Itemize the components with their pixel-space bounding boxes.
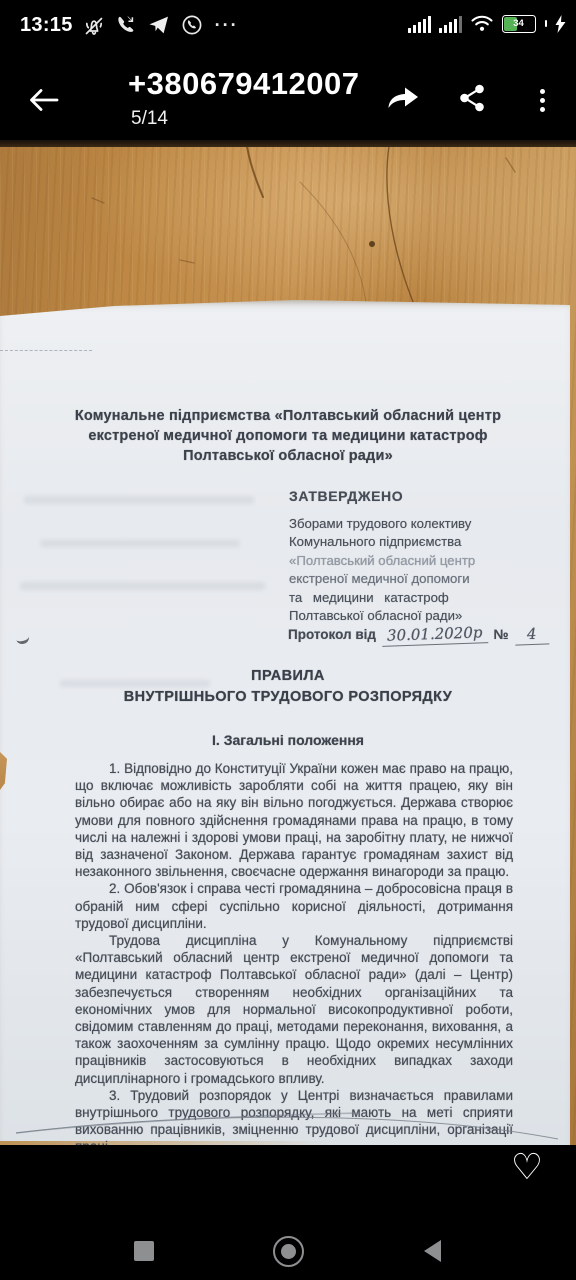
- document-body: 1. Відповідно до Конституції України кож…: [75, 760, 513, 1145]
- media-counter: 5/14: [131, 108, 168, 130]
- signal-sim2-icon: [439, 15, 462, 33]
- overflow-menu-button[interactable]: [522, 80, 562, 120]
- signal-sim1-icon: [408, 15, 431, 33]
- document-title-line: ВНУТРІШНЬОГО ТРУДОВОГО РОЗПОРЯДКУ: [34, 687, 542, 708]
- forward-button[interactable]: [382, 80, 422, 120]
- wifi-icon: [470, 14, 494, 33]
- pencil-scratch-line: [0, 1095, 570, 1145]
- protocol-prefix: Протокол від: [288, 627, 376, 642]
- missed-call-icon: [115, 14, 138, 37]
- clock: 13:15: [20, 14, 73, 37]
- wood-scratches: [0, 140, 576, 318]
- back-button[interactable]: [22, 80, 66, 124]
- paragraph: 1. Відповідно до Конституції України кож…: [75, 760, 513, 880]
- vibrate-muted-icon: [82, 13, 106, 37]
- bleed-mark: [24, 496, 254, 504]
- like-button[interactable]: ♡: [504, 1145, 550, 1191]
- protocol-number-handwritten: 4: [514, 624, 548, 645]
- paper-edge-notch: [0, 752, 7, 790]
- punch-hole: [15, 631, 31, 646]
- share-button[interactable]: [452, 80, 492, 120]
- org-heading: Комунальне підприємства «Полтавський обл…: [34, 406, 542, 466]
- bleed-mark: [20, 582, 265, 590]
- bleed-mark: [40, 540, 240, 547]
- contact-title[interactable]: +380679412007: [128, 66, 360, 102]
- approved-by-line: «Полтавський обласний центр: [289, 552, 475, 570]
- nav-back-button[interactable]: [410, 1229, 454, 1273]
- telegram-icon: [147, 13, 171, 37]
- status-bar: 13:15 ···: [0, 0, 576, 56]
- approved-by-line: Зборами трудового колективу: [289, 515, 475, 533]
- protocol-line: Протокол від 30.01.2020р № 4: [288, 625, 548, 645]
- table-edge-shadow: [0, 140, 576, 147]
- home-circle-icon: [273, 1236, 304, 1267]
- back-triangle-icon: [424, 1240, 441, 1262]
- approved-by-block: Зборами трудового колективу Комунального…: [289, 515, 475, 625]
- recents-square-icon: [134, 1241, 154, 1261]
- viber-icon: [180, 13, 204, 37]
- paragraph: 2. Обов'язок і справа честі громадянина …: [75, 880, 513, 932]
- battery-nub: [545, 20, 548, 27]
- viewer-bottom-bar: ♡: [0, 1145, 576, 1280]
- battery-indicator: 34: [502, 15, 536, 33]
- app-header: +380679412007 5/14: [0, 56, 576, 140]
- org-heading-line: Полтавської обласної ради»: [34, 446, 542, 466]
- heart-icon: ♡: [511, 1150, 543, 1186]
- back-arrow-icon: [27, 86, 61, 119]
- approved-by-line: Полтавської обласної ради»: [289, 607, 475, 625]
- share-icon: [459, 84, 485, 117]
- document-page: Комунальне підприємства «Полтавський обл…: [0, 300, 570, 1145]
- android-nav-bar: [0, 1223, 576, 1279]
- org-heading-line: Комунальне підприємства «Полтавський обл…: [34, 406, 542, 426]
- paragraph: Трудова дисципліна у Комунальному підпри…: [75, 932, 513, 1087]
- photo-viewer-image[interactable]: Комунальне підприємства «Полтавський обл…: [0, 140, 576, 1145]
- forward-arrow-icon: [385, 84, 419, 117]
- kebab-menu-icon: [540, 89, 545, 112]
- approved-by-line: та медицини катастроф: [289, 589, 475, 607]
- section-heading: І. Загальні положення: [34, 732, 542, 748]
- home-button[interactable]: [266, 1229, 310, 1273]
- recents-button[interactable]: [122, 1229, 166, 1273]
- pencil-mark: [0, 350, 92, 351]
- protocol-date-handwritten: 30.01.2020р: [382, 623, 488, 647]
- document-title: ПРАВИЛА ВНУТРІШНЬОГО ТРУДОВОГО РОЗПОРЯДК…: [34, 666, 542, 708]
- approved-by-line: екстреної медичної допомоги: [289, 570, 475, 588]
- approved-by-line: Комунального підприємства: [289, 533, 475, 551]
- battery-level: 34: [513, 19, 524, 29]
- protocol-number-sign: №: [493, 627, 508, 642]
- document-title-line: ПРАВИЛА: [34, 666, 542, 687]
- approved-label: ЗАТВЕРДЖЕНО: [289, 488, 403, 504]
- org-heading-line: екстреної медичної допомоги та медицини …: [34, 426, 542, 446]
- charging-bolt-icon: [555, 15, 566, 33]
- more-notifications-icon: ···: [215, 15, 239, 36]
